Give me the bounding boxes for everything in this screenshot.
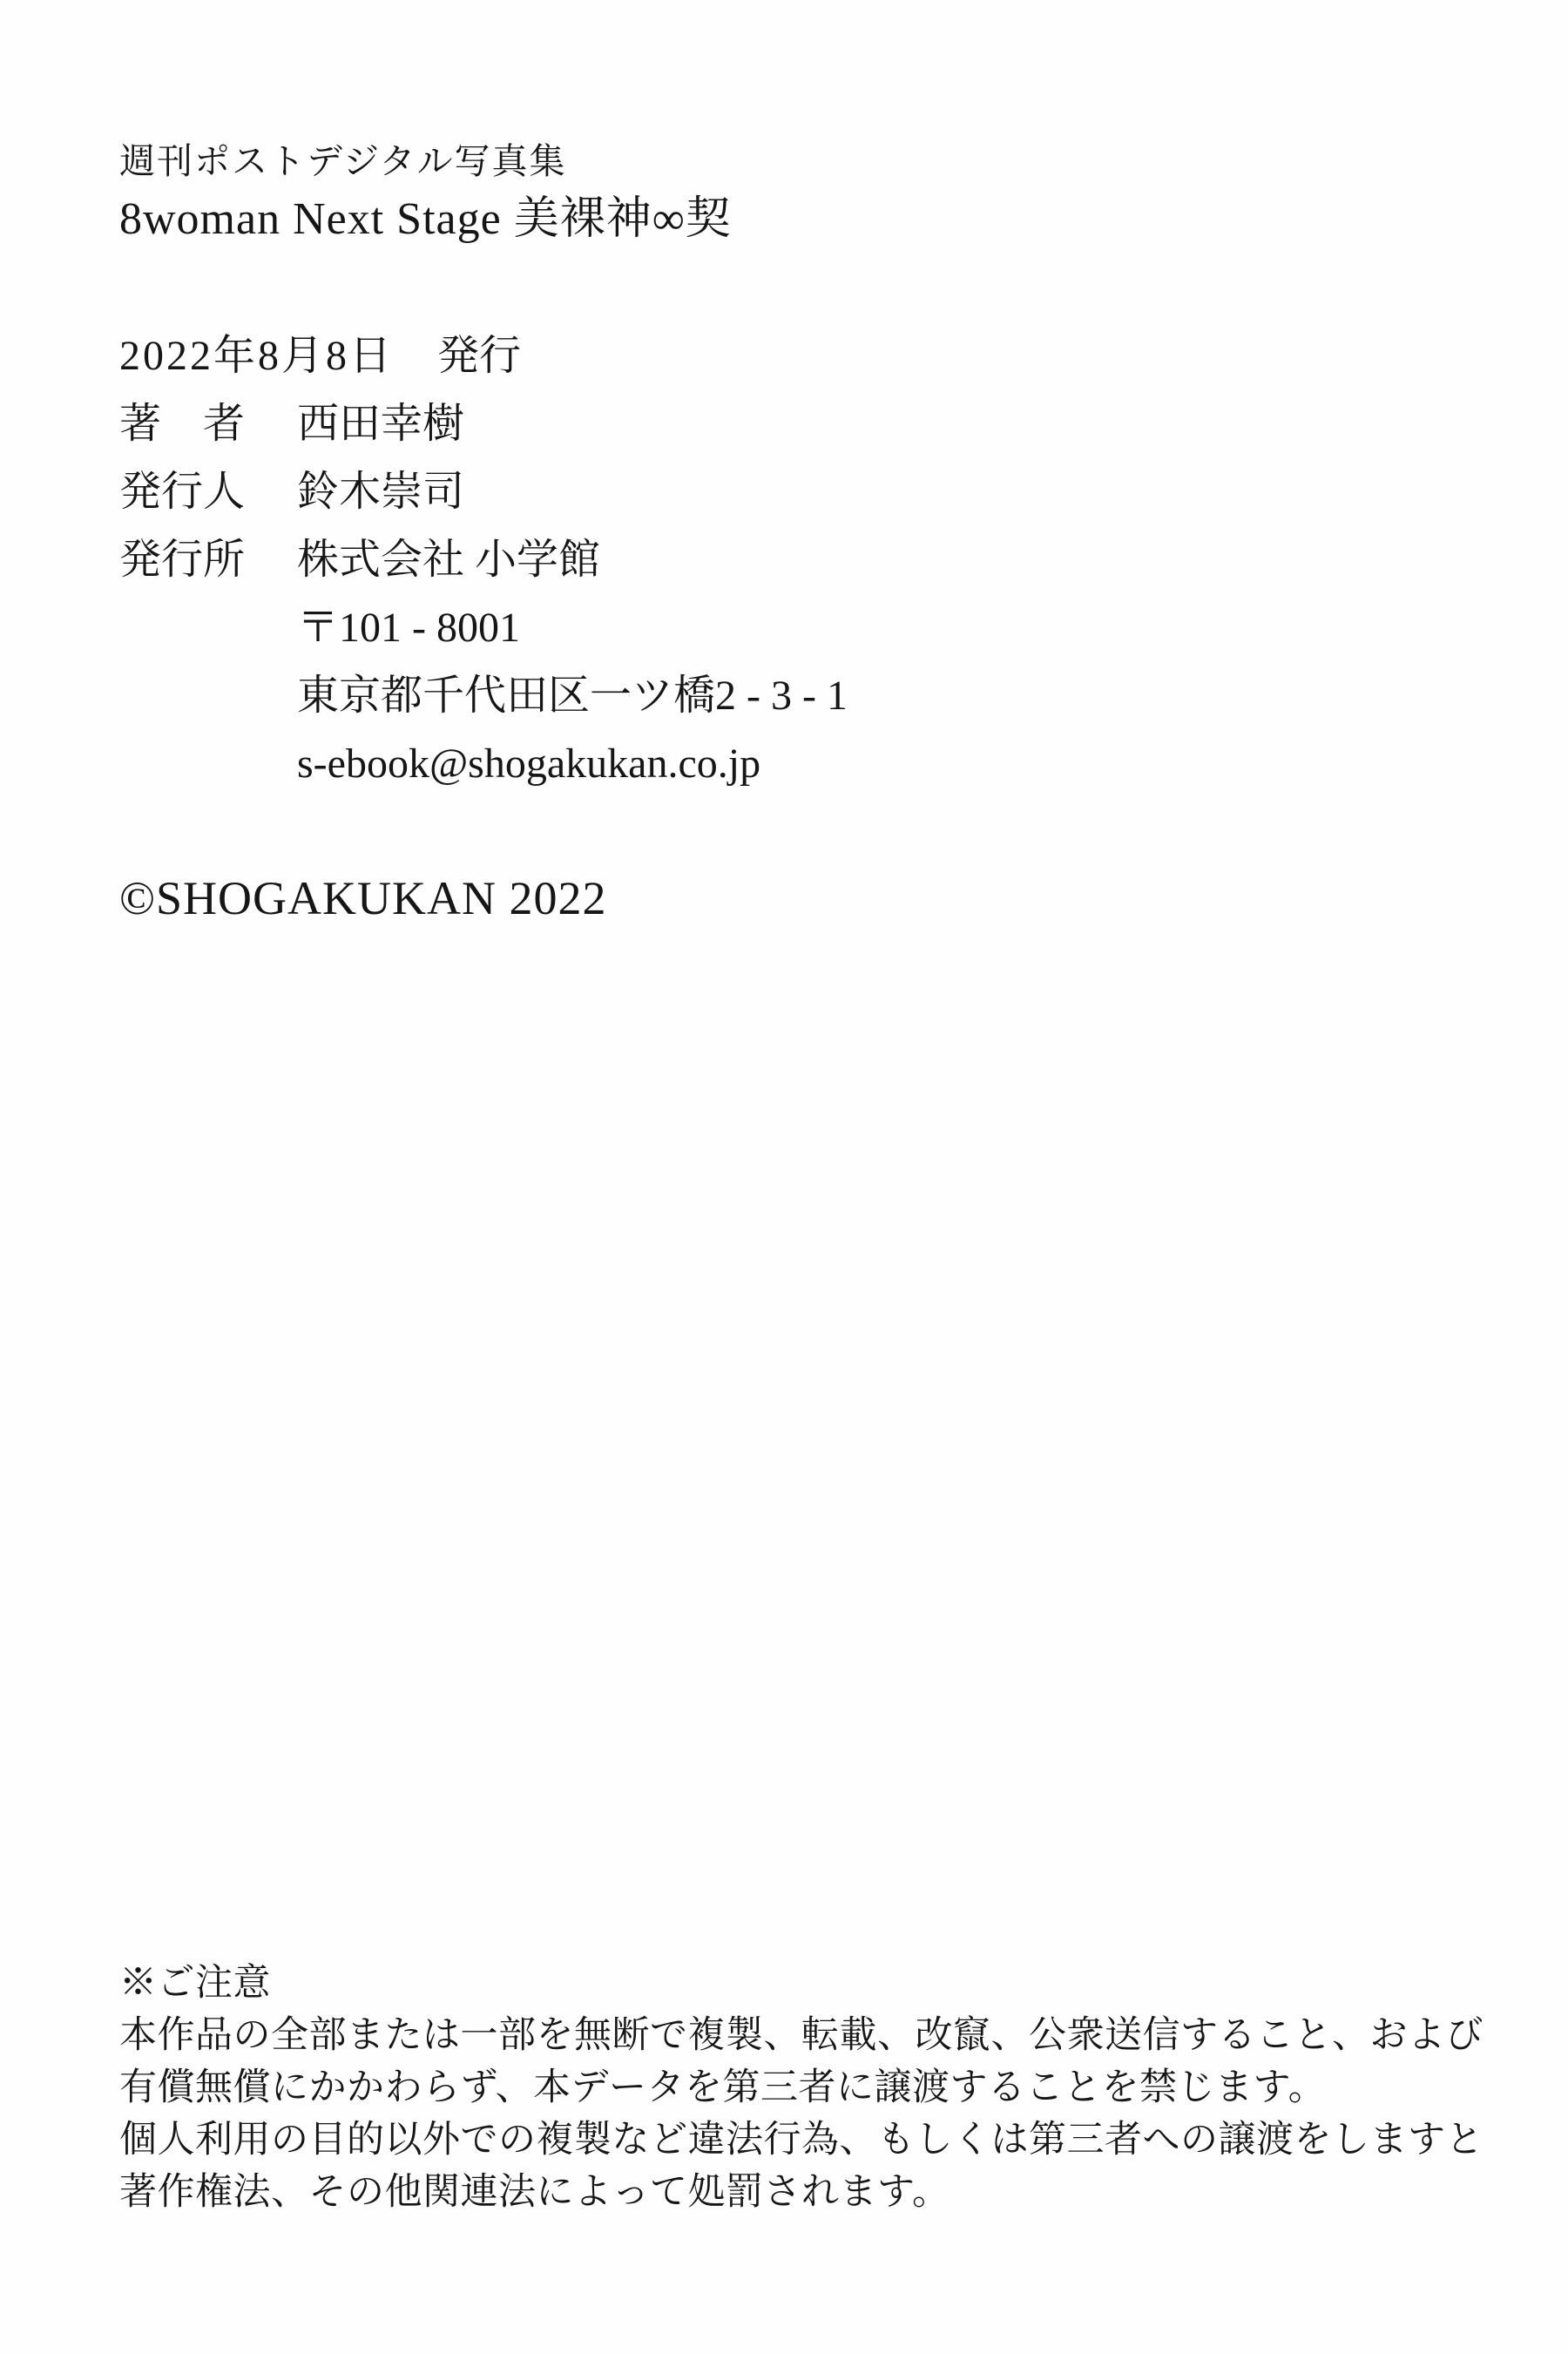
caution-notice: ※ご注意 本作品の全部または一部を無断で複製、転載、改竄、公衆送信すること、およ… (119, 1958, 1484, 2219)
author-row: 著 者西田幸樹 (119, 390, 848, 458)
caution-line-2: 有償無償にかかわらず、本データを第三者に譲渡することを禁じます。 (119, 2062, 1484, 2114)
publisher-company-row: 発行所株式会社 小学館 (119, 526, 848, 594)
postal-code: 〒101 - 8001 (119, 594, 848, 662)
colophon-page: 週刊ポストデジタル写真集 8woman Next Stage 美裸神∞契 202… (0, 0, 1568, 2354)
author-label: 著 者 (119, 390, 297, 458)
street-address: 東京都千代田区一ツ橋2 - 3 - 1 (119, 662, 848, 730)
caution-heading: ※ご注意 (119, 1958, 1484, 2010)
publication-date-line: 2022年8月8日発行 (119, 322, 848, 390)
series-title: 週刊ポストデジタル写真集 (119, 139, 732, 184)
book-title: 8woman Next Stage 美裸神∞契 (119, 191, 732, 248)
publisher-person-label: 発行人 (119, 458, 297, 526)
publisher-person-name: 鈴木崇司 (297, 469, 464, 515)
publication-date: 2022年8月8日 (119, 333, 394, 379)
publisher-company-name: 株式会社 小学館 (297, 537, 600, 583)
caution-line-3: 個人利用の目的以外での複製など違法行為、もしくは第三者への譲渡をしますと (119, 2114, 1484, 2167)
author-name: 西田幸樹 (297, 401, 464, 447)
title-block: 週刊ポストデジタル写真集 8woman Next Stage 美裸神∞契 (119, 139, 732, 248)
caution-line-1: 本作品の全部または一部を無断で複製、転載、改竄、公衆送信すること、および (119, 2010, 1484, 2062)
contact-email: s-ebook@shogakukan.co.jp (119, 730, 848, 798)
copyright-notice: ©SHOGAKUKAN 2022 (119, 871, 607, 925)
publisher-company-label: 発行所 (119, 526, 297, 594)
caution-line-4: 著作権法、その他関連法によって処罰されます。 (119, 2167, 1484, 2219)
publication-info: 2022年8月8日発行 著 者西田幸樹 発行人鈴木崇司 発行所株式会社 小学館 … (119, 322, 848, 798)
publisher-person-row: 発行人鈴木崇司 (119, 458, 848, 526)
publish-label: 発行 (437, 333, 521, 379)
